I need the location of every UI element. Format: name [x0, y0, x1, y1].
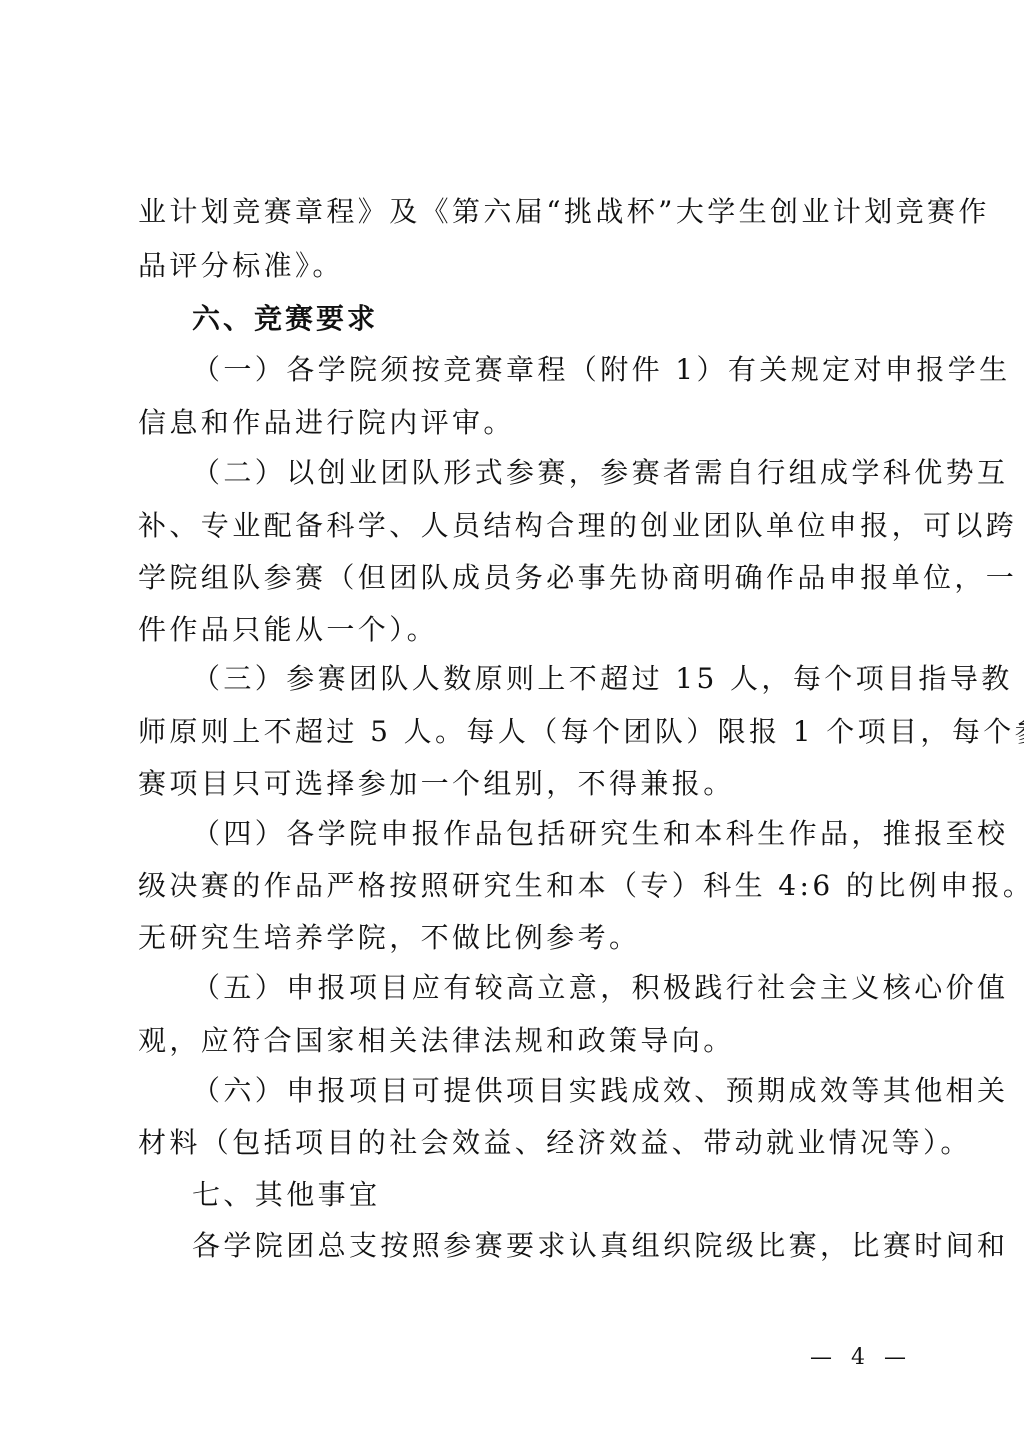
requirement-item-2: （二）以创业团队形式参赛，参赛者需自行组成学科优势互 — [192, 455, 1008, 491]
body-text-line: 补、专业配备科学、人员结构合理的创业团队单位申报，可以跨 — [138, 508, 1017, 544]
document-page: 业计划竞赛章程》及《第六届“挑战杯”大学生创业计划竞赛作 品评分标准》。 六、竞… — [0, 0, 1024, 1448]
requirement-item-1: （一）各学院须按竞赛章程（附件 1）有关规定对申报学生 — [192, 352, 1011, 388]
page-number: — 4 — — [810, 1343, 912, 1373]
body-text-line: 师原则上不超过 5 人。每人（每个团队）限报 1 个项目，每个参 — [138, 714, 1024, 750]
requirement-item-5: （五）申报项目应有较高立意，积极践行社会主义核心价值 — [192, 970, 1008, 1006]
requirement-item-6: （六）申报项目可提供项目实践成效、预期成效等其他相关 — [192, 1073, 1008, 1109]
section-heading-7: 七、其他事宜 — [192, 1177, 380, 1213]
body-text-line: 各学院团总支按照参赛要求认真组织院级比赛，比赛时间和 — [192, 1228, 1008, 1264]
body-text-line: 无研究生培养学院，不做比例参考。 — [138, 920, 640, 956]
body-text-line: 赛项目只可选择参加一个组别，不得兼报。 — [138, 766, 735, 802]
body-text-line: 学院组队参赛（但团队成员务必事先协商明确作品申报单位，一 — [138, 560, 1017, 596]
body-text-line: 材料（包括项目的社会效益、经济效益、带动就业情况等）。 — [138, 1125, 972, 1161]
requirement-item-4: （四）各学院申报作品包括研究生和本科生作品，推报至校 — [192, 816, 1008, 852]
body-text-line: 业计划竞赛章程》及《第六届“挑战杯”大学生创业计划竞赛作 — [138, 194, 990, 230]
body-text-line: 级决赛的作品严格按照研究生和本（专）科生 4:6 的比例申报。 — [138, 868, 1024, 904]
body-text-line: 件作品只能从一个）。 — [138, 612, 438, 648]
requirement-item-3: （三）参赛团队人数原则上不超过 15 人，每个项目指导教 — [192, 661, 1013, 697]
section-heading-6: 六、竞赛要求 — [192, 301, 378, 337]
body-text-line: 品评分标准》。 — [138, 248, 344, 284]
body-text-line: 观，应符合国家相关法律法规和政策导向。 — [138, 1023, 735, 1059]
body-text-line: 信息和作品进行院内评审。 — [138, 405, 515, 441]
